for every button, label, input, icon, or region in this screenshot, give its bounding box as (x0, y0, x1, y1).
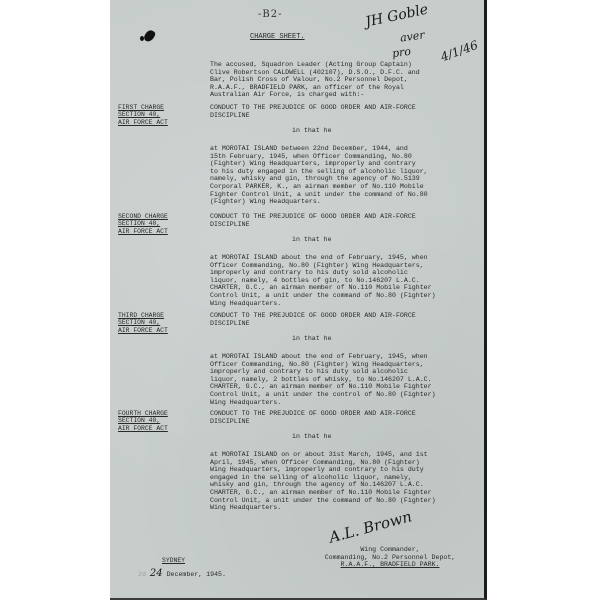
signature-block: Wing Commander, Commanding, No.2 Personn… (310, 546, 470, 569)
place-label: SYDNEY (162, 557, 185, 564)
document-reference: -B2- (258, 9, 282, 20)
charge-particulars: at MOROTAI ISLAND between 22nd December,… (210, 145, 428, 206)
punch-hole-mark-small (140, 36, 144, 41)
charge-in-that: in that he (292, 335, 332, 342)
date-struck-day: 2d (138, 571, 146, 578)
document-date: 2d 24 December, 1945. (138, 568, 226, 579)
signature-unit: R.A.A.F., BRADFIELD PARK. (310, 561, 470, 569)
charge-sheet-page: -B2- CHARGE SHEET. JH Goble aver pro 4/1… (110, 0, 487, 600)
handwritten-annotation-date: 4/1/46 (439, 38, 480, 64)
charge-particulars: at MOROTAI ISLAND about the end of Febru… (210, 254, 436, 307)
charge-heading: CONDUCT TO THE PREJUDICE OF GOOD ORDER A… (210, 410, 416, 425)
charge-label: FOURTH CHARGE SECTION 40, AIR FORCE ACT (118, 410, 168, 432)
handwritten-annotation-pro: pro (391, 45, 412, 61)
charge-in-that: in that he (292, 433, 332, 440)
charge-label: SECOND CHARGE SECTION 40, AIR FORCE ACT (118, 213, 168, 235)
charge-particulars: at MOROTAI ISLAND about the end of Febru… (210, 353, 436, 406)
charge-in-that: in that he (292, 127, 332, 134)
document-title: CHARGE SHEET. (250, 33, 305, 41)
charge-label: THIRD CHARGE SECTION 40, AIR FORCE ACT (118, 312, 168, 334)
charge-label: FIRST CHARGE SECTION 40, AIR FORCE ACT (118, 104, 168, 126)
signature-position: Commanding, No.2 Personnel Depot, (310, 554, 470, 562)
handwritten-annotation-name: JH Goble (364, 2, 430, 31)
charge-in-that: in that he (292, 236, 332, 243)
date-month-year: December, 1945. (167, 571, 226, 578)
charge-heading: CONDUCT TO THE PREJUDICE OF GOOD ORDER A… (210, 213, 416, 228)
charge-heading: CONDUCT TO THE PREJUDICE OF GOOD ORDER A… (210, 104, 416, 119)
date-handwritten-day: 24 (150, 568, 163, 579)
punch-hole-mark (143, 29, 157, 44)
handwritten-annotation-aver: aver (399, 28, 425, 44)
intro-paragraph: The accused, Squadron Leader (Acting Gro… (210, 61, 420, 99)
signature-rank: Wing Commander, (310, 546, 470, 554)
charge-particulars: at MOROTAI ISLAND on or about 31st March… (210, 451, 436, 512)
handwritten-signature: A.L. Brown (327, 507, 414, 546)
charge-heading: CONDUCT TO THE PREJUDICE OF GOOD ORDER A… (210, 312, 416, 327)
